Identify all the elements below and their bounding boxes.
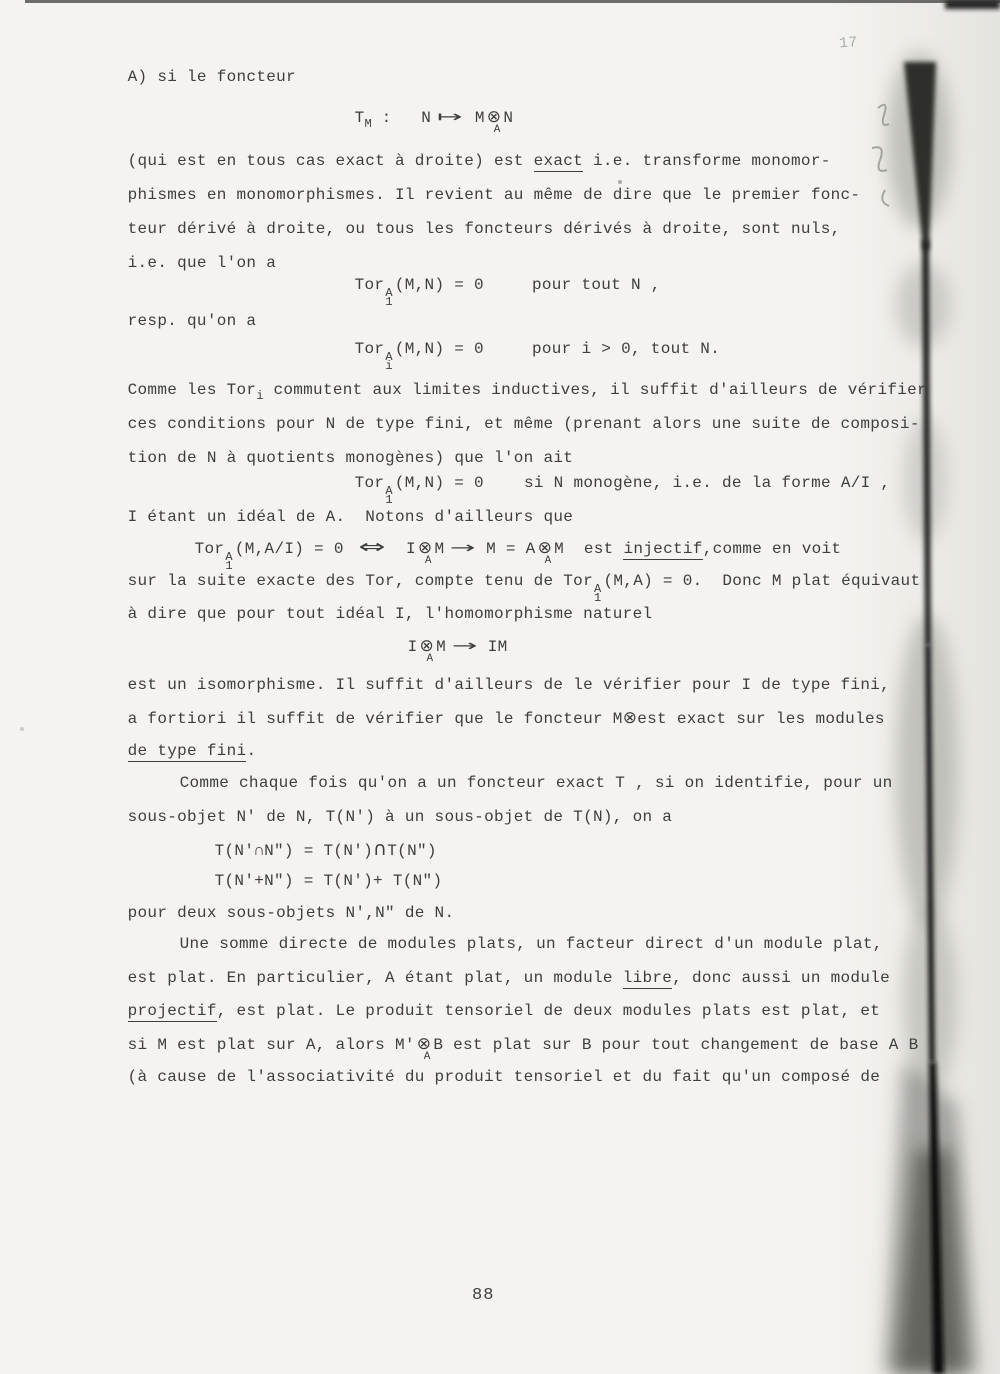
otimes-a-icon: ⊗A [487,106,502,129]
tor-condition: pour i > 0, tout N. [532,340,720,358]
colon: : [382,109,392,127]
m-symbol: M [475,109,485,127]
tm-symbol: T [355,109,365,127]
intro-line: A) si le foncteur [88,44,296,110]
paragraph1-line4: i.e. que l'on a [88,230,276,296]
tor-label: Tor [355,276,385,294]
page-number-bottom: 88 [472,1286,494,1305]
tor-args: (M,N) = 0 [395,276,484,294]
tor-supsub: A1 [385,289,393,308]
otimes-icon: ⊗ [623,708,638,728]
mapsto-icon: ↦ [437,106,463,128]
resp-line: resp. qu'on a [88,288,256,354]
page-number-bottom-text: 88 [472,1286,494,1305]
tor-args: (M,N) = 0 [395,340,484,358]
n2-symbol: N [503,109,513,127]
page-number-top-text: 17 [839,34,859,52]
intro-text: A) si le foncteur [128,68,296,86]
tor-condition: pour tout N , [532,276,661,294]
resp-text: resp. qu'on a [128,312,257,330]
page-number-top: 17 [800,10,860,80]
scanned-document-page: 17 A) si le foncteur TM : N↦M⊗AN (qui es… [0,0,1000,1374]
n-symbol: N [421,109,431,127]
p5e-text: (à cause de l'associativité du produit t… [128,1068,881,1086]
paragraph5-line5: (à cause de l'associativité du produit t… [88,1044,880,1110]
p3b-post: est exact sur les modules [637,710,885,728]
tor-condition: si N monogène, i.e. de la forme A/I , [524,474,890,492]
tor-label: Tor [355,340,385,358]
scan-speck [20,727,24,731]
tor-sub: 1 [385,298,393,308]
p1d-text: i.e. que l'on a [128,254,277,272]
